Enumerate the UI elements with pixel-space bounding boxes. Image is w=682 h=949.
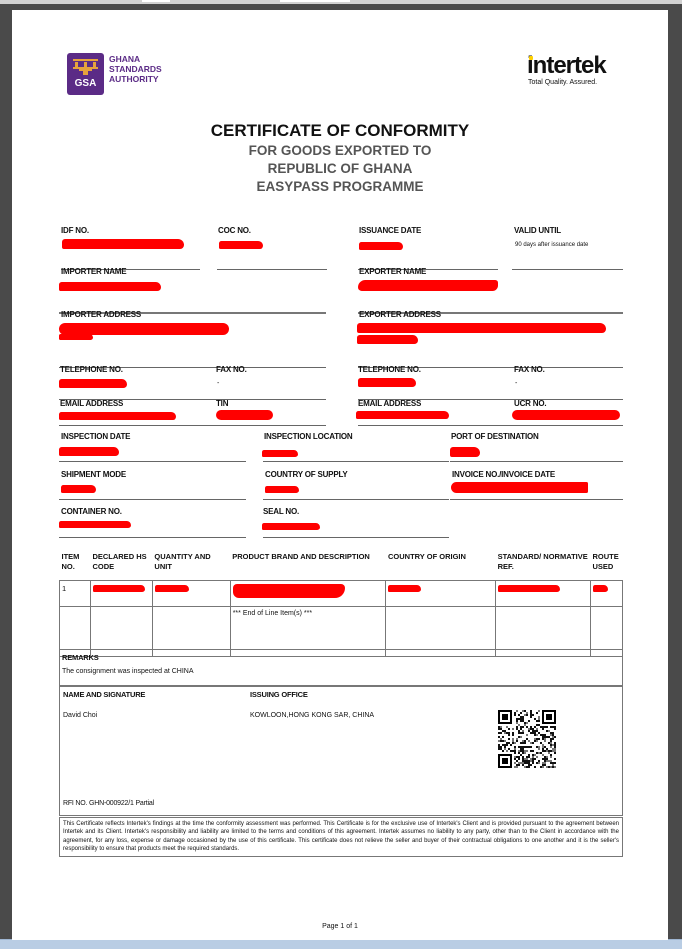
importer-address-redacted: [59, 334, 93, 340]
port-of-destination-label: PORT OF DESTINATION: [451, 432, 539, 441]
importer-name-redacted: [59, 282, 161, 291]
issuing-office-value: KOWLOON,HONG KONG SAR, CHINA: [250, 712, 374, 719]
col-header-item-no: ITEM NO.: [60, 550, 91, 581]
remarks-box: REMARKS The consignment was inspected at…: [59, 649, 623, 686]
divider: [450, 499, 623, 500]
exporter-address-label: EXPORTER ADDRESS: [359, 310, 441, 319]
seal-no-redacted: [262, 523, 320, 530]
importer-email-label: EMAIL ADDRESS: [60, 399, 123, 408]
col-header-route: ROUTE USED: [590, 550, 622, 581]
inspection-location-redacted: [262, 450, 298, 457]
divider: [59, 537, 246, 538]
gsa-name-line: AUTHORITY: [109, 74, 162, 84]
divider: [512, 269, 623, 270]
remarks-label: REMARKS: [62, 653, 99, 662]
exporter-fax-label: FAX NO.: [514, 365, 545, 374]
col-header-quantity: QUANTITY AND UNIT: [152, 550, 230, 581]
container-no-label: CONTAINER NO.: [61, 507, 122, 516]
country-of-supply-label: COUNTRY OF SUPPLY: [265, 470, 348, 479]
importer-name-label: IMPORTER NAME: [61, 267, 126, 276]
intertek-logo-text: intertek: [527, 52, 606, 79]
valid-until-label: VALID UNTIL: [514, 226, 561, 235]
col-header-hs-code: DECLARED HS CODE: [90, 550, 152, 581]
divider: [59, 425, 326, 426]
quantity-redacted: [155, 585, 189, 592]
intertek-logo: intertek: [527, 52, 606, 80]
inspection-location-label: INSPECTION LOCATION: [264, 432, 353, 441]
exporter-address-redacted: [357, 323, 606, 333]
certificate-subtitle-3: EASYPASS PROGRAMME: [12, 179, 668, 194]
certificate-subtitle-2: REPUBLIC OF GHANA: [12, 161, 668, 176]
gsa-name-line: GHANA: [109, 54, 162, 64]
tin-redacted: [216, 410, 273, 420]
col-header-description: PRODUCT BRAND AND DESCRIPTION: [230, 550, 386, 581]
qr-code-icon[interactable]: [498, 710, 556, 768]
certificate-page: GSA GHANA STANDARDS AUTHORITY intertek T…: [12, 10, 668, 940]
exporter-telephone-label: TELEPHONE NO.: [358, 365, 421, 374]
importer-fax-label: FAX NO.: [216, 365, 247, 374]
coc-no-redacted: [219, 241, 263, 249]
route-redacted: [593, 585, 608, 592]
page-number: Page 1 of 1: [12, 923, 668, 930]
col-header-country-of-origin: COUNTRY OF ORIGIN: [386, 550, 496, 581]
divider: [450, 461, 623, 462]
cell-item-no: 1: [60, 581, 91, 607]
items-table: ITEM NO. DECLARED HS CODE QUANTITY AND U…: [59, 550, 623, 657]
ucr-no-redacted: [512, 410, 620, 420]
cell-route: [590, 581, 622, 607]
shipment-mode-label: SHIPMENT MODE: [61, 470, 126, 479]
gsa-logo: GSA: [67, 53, 104, 95]
importer-fax-value: -: [217, 380, 219, 387]
issuance-date-label: ISSUANCE DATE: [359, 226, 421, 235]
issuing-office-label: ISSUING OFFICE: [250, 690, 308, 699]
intertek-tagline: Total Quality. Assured.: [528, 79, 597, 86]
country-of-supply-redacted: [265, 486, 299, 493]
certificate-title: CERTIFICATE OF CONFORMITY: [12, 121, 668, 141]
signatory-name: David Choi: [63, 712, 97, 719]
viewer-status-bar: [0, 939, 682, 949]
shipment-mode-redacted: [61, 485, 96, 493]
tin-label: TIN: [216, 399, 228, 408]
divider: [263, 499, 449, 500]
invoice-label: INVOICE NO./INVOICE DATE: [452, 470, 555, 479]
coc-no-label: COC NO.: [218, 226, 251, 235]
viewer-tab-marker[interactable]: [142, 0, 170, 2]
rfi-number: RFI NO. GHN-000922/1 Partial: [63, 800, 154, 807]
importer-address-label: IMPORTER ADDRESS: [61, 310, 141, 319]
exporter-name-redacted: [358, 280, 498, 291]
gsa-name-line: STANDARDS: [109, 64, 162, 74]
gsa-emblem-icon: [73, 59, 98, 75]
cell-country-of-origin: [386, 581, 496, 607]
invoice-redacted: [451, 482, 588, 493]
viewer-tab-marker[interactable]: [280, 0, 350, 2]
importer-telephone-label: TELEPHONE NO.: [60, 365, 123, 374]
port-of-destination-redacted: [450, 447, 480, 457]
divider: [263, 537, 449, 538]
importer-telephone-redacted: [59, 379, 127, 388]
exporter-name-label: EXPORTER NAME: [359, 267, 426, 276]
inspection-date-label: INSPECTION DATE: [61, 432, 130, 441]
importer-email-redacted: [59, 412, 176, 420]
name-signature-label: NAME AND SIGNATURE: [63, 690, 145, 699]
exporter-email-label: EMAIL ADDRESS: [358, 399, 421, 408]
gsa-name: GHANA STANDARDS AUTHORITY: [109, 54, 162, 84]
divider: [59, 499, 246, 500]
cell-standard: [496, 581, 591, 607]
seal-no-label: SEAL NO.: [263, 507, 299, 516]
remarks-text: The consignment was inspected at CHINA: [62, 668, 194, 675]
inspection-date-redacted: [59, 447, 119, 456]
intertek-dot-icon: [529, 56, 533, 60]
hs-code-redacted: [93, 585, 145, 592]
cell-description: [230, 581, 386, 607]
gsa-logo-text: GSA: [67, 78, 104, 89]
container-no-redacted: [59, 521, 131, 528]
cell-hs-code: [90, 581, 152, 607]
exporter-fax-value: -: [515, 380, 517, 387]
exporter-email-redacted: [356, 411, 449, 419]
valid-until-value: 90 days after issuance date: [515, 242, 588, 248]
description-redacted: [233, 584, 345, 598]
ucr-no-label: UCR NO.: [514, 399, 546, 408]
issuance-date-redacted: [359, 242, 403, 250]
certificate-subtitle-1: FOR GOODS EXPORTED TO: [12, 143, 668, 158]
items-table-header: ITEM NO. DECLARED HS CODE QUANTITY AND U…: [60, 550, 623, 581]
col-header-standard: STANDARD/ NORMATIVE REF.: [496, 550, 591, 581]
divider: [358, 425, 623, 426]
divider: [263, 461, 449, 462]
country-of-origin-redacted: [388, 585, 421, 592]
exporter-address-redacted: [357, 335, 418, 344]
cell-quantity: [152, 581, 230, 607]
divider: [217, 269, 327, 270]
divider: [59, 461, 246, 462]
disclaimer: This Certificate reflects Intertek's fin…: [59, 817, 623, 857]
exporter-telephone-redacted: [358, 378, 416, 387]
table-row: 1: [60, 581, 623, 607]
idf-no-redacted: [62, 239, 184, 249]
standard-redacted: [498, 585, 560, 592]
idf-no-label: IDF NO.: [61, 226, 89, 235]
